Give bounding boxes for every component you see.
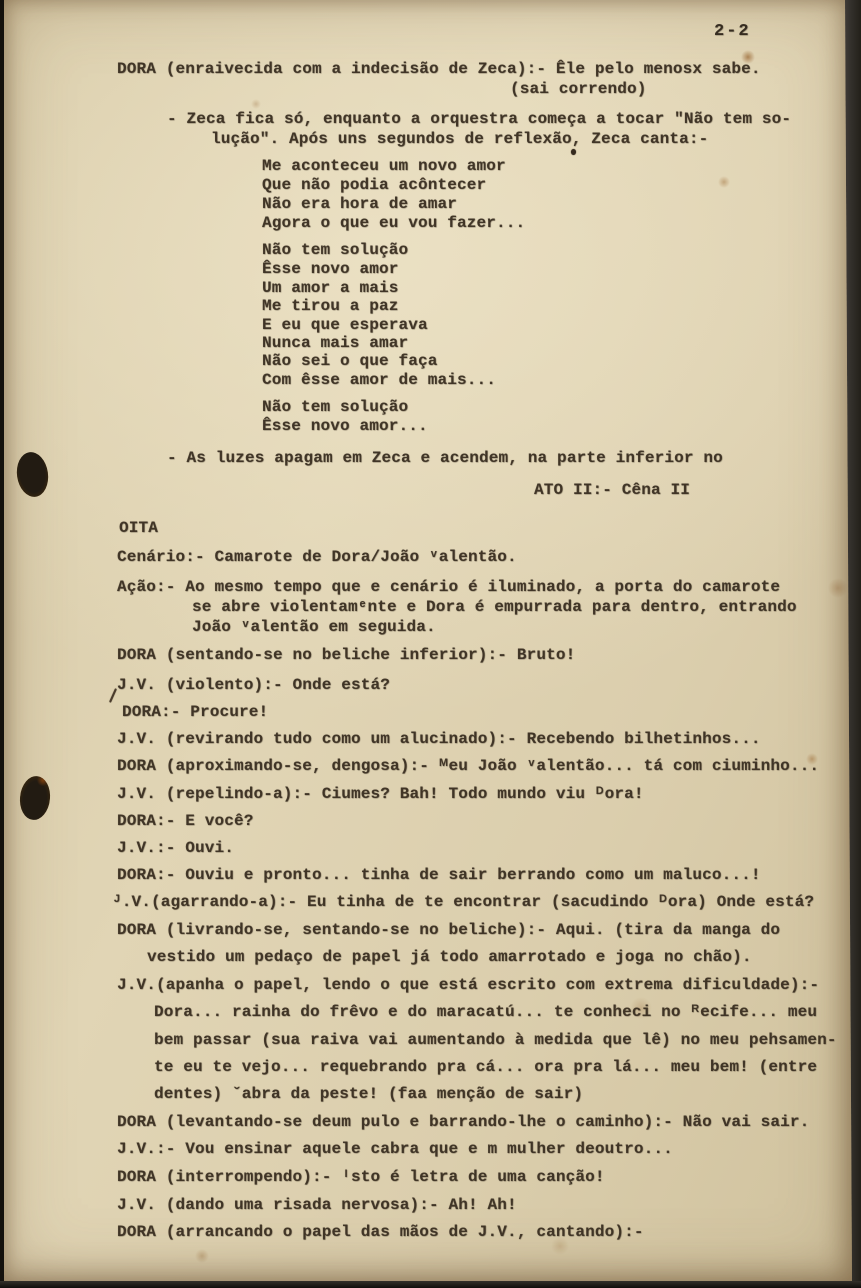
script-line: Com êsse amor de mais...	[262, 371, 496, 390]
script-line: Ação:- Ao mesmo tempo que e cenário é il…	[117, 578, 780, 597]
script-line: Êsse novo amor	[262, 260, 399, 279]
script-line: Não tem solução	[262, 241, 408, 260]
script-line: DORA (sentando-se no beliche inferior):-…	[117, 646, 575, 665]
punch-hole-bottom	[18, 775, 52, 822]
script-line: te eu te vejo... requebrando pra cá... o…	[154, 1058, 817, 1077]
scan-background-left-edge	[0, 0, 4, 1288]
script-line: Me aconteceu um novo amor	[262, 157, 506, 176]
script-line: J.V. (revirando tudo como um alucinado):…	[117, 730, 761, 749]
script-line: DORA (levantando-se deum pulo e barrando…	[117, 1113, 809, 1132]
script-line: DORA:- E você?	[117, 812, 254, 831]
script-line: DORA:- Ouviu e pronto... tinha de sair b…	[117, 866, 761, 885]
script-line: DORA (arrancando o papel das mãos de J.V…	[117, 1223, 644, 1242]
script-line: DORA (livrando-se, sentando-se no belich…	[117, 921, 780, 940]
script-line: DORA (aproximando-se, dengosa):- ᴹeu Joã…	[117, 757, 819, 776]
punch-hole-top	[14, 450, 51, 499]
script-line: J.V. (repelindo-a):- Ciumes? Bah! Todo m…	[117, 785, 644, 804]
script-line: DORA:- Procure!	[122, 703, 268, 722]
script-line: J.V.:- Ouvi.	[117, 839, 234, 858]
script-line: DORA (interrompendo):- ᴵsto é letra de u…	[117, 1168, 605, 1187]
script-line: Que não podia acôntecer	[262, 176, 486, 195]
ink-speck	[571, 149, 576, 155]
script-line: J.V. (violento):- Onde está?	[117, 676, 390, 695]
paper-sheet: 2-2 DORA (enraivecida com a indecisão de…	[4, 0, 852, 1282]
script-line: J.V.(apanha o papel, lendo o que está es…	[117, 976, 819, 995]
script-line: vestido um pedaço de papel já todo amarr…	[147, 948, 752, 967]
script-line: ᴶ.V.(agarrando-a):- Eu tinha de te encon…	[112, 893, 814, 912]
script-line: Nunca mais amar	[262, 334, 408, 353]
script-line: - Zeca fica só, enquanto a orquestra com…	[167, 110, 791, 129]
script-line: bem passar (sua raiva vai aumentando à m…	[154, 1031, 837, 1050]
script-line: se abre violentamᵉnte e Dora é empurrada…	[192, 598, 797, 617]
scanned-script-page: 2-2 DORA (enraivecida com a indecisão de…	[0, 0, 861, 1288]
script-line: DORA (enraivecida com a indecisão de Zec…	[117, 60, 761, 79]
script-line: Um amor a mais	[262, 279, 399, 298]
script-line: E eu que esperava	[262, 316, 428, 335]
script-line: J.V.:- Vou ensinar aquele cabra que e m …	[117, 1140, 673, 1159]
script-line: Me tirou a paz	[262, 297, 399, 316]
page-number: 2-2	[714, 22, 751, 41]
script-line: Não tem solução	[262, 398, 408, 417]
script-line: dentes) ˇabra da peste! (faa menção de s…	[154, 1085, 583, 1104]
script-line: Dora... rainha do frêvo e do maracatú...…	[154, 1003, 817, 1022]
script-line: - As luzes apagam em Zeca e acendem, na …	[167, 449, 723, 468]
scan-background-bottom-edge	[0, 1281, 861, 1288]
script-line: João ᵛalentão em seguida.	[192, 618, 436, 637]
script-line: ATO II:- Cêna II	[534, 481, 690, 500]
punch-hole-core	[14, 450, 51, 499]
script-line: (sai correndo)	[510, 80, 647, 99]
script-line: Êsse novo amor...	[262, 417, 428, 436]
pen-check-mark	[109, 688, 117, 703]
punch-hole-core	[18, 775, 52, 822]
script-line: lução". Após uns segundos de reflexão, Z…	[211, 130, 708, 149]
script-line: Agora o que eu vou fazer...	[262, 214, 525, 233]
script-line: Não era hora de amar	[262, 195, 457, 214]
script-line: OITA	[119, 519, 158, 538]
script-line: J.V. (dando uma risada nervosa):- Ah! Ah…	[117, 1196, 517, 1215]
script-line: Cenário:- Camarote de Dora/João ᵛalentão…	[117, 548, 517, 567]
script-line: Não sei o que faça	[262, 352, 438, 371]
